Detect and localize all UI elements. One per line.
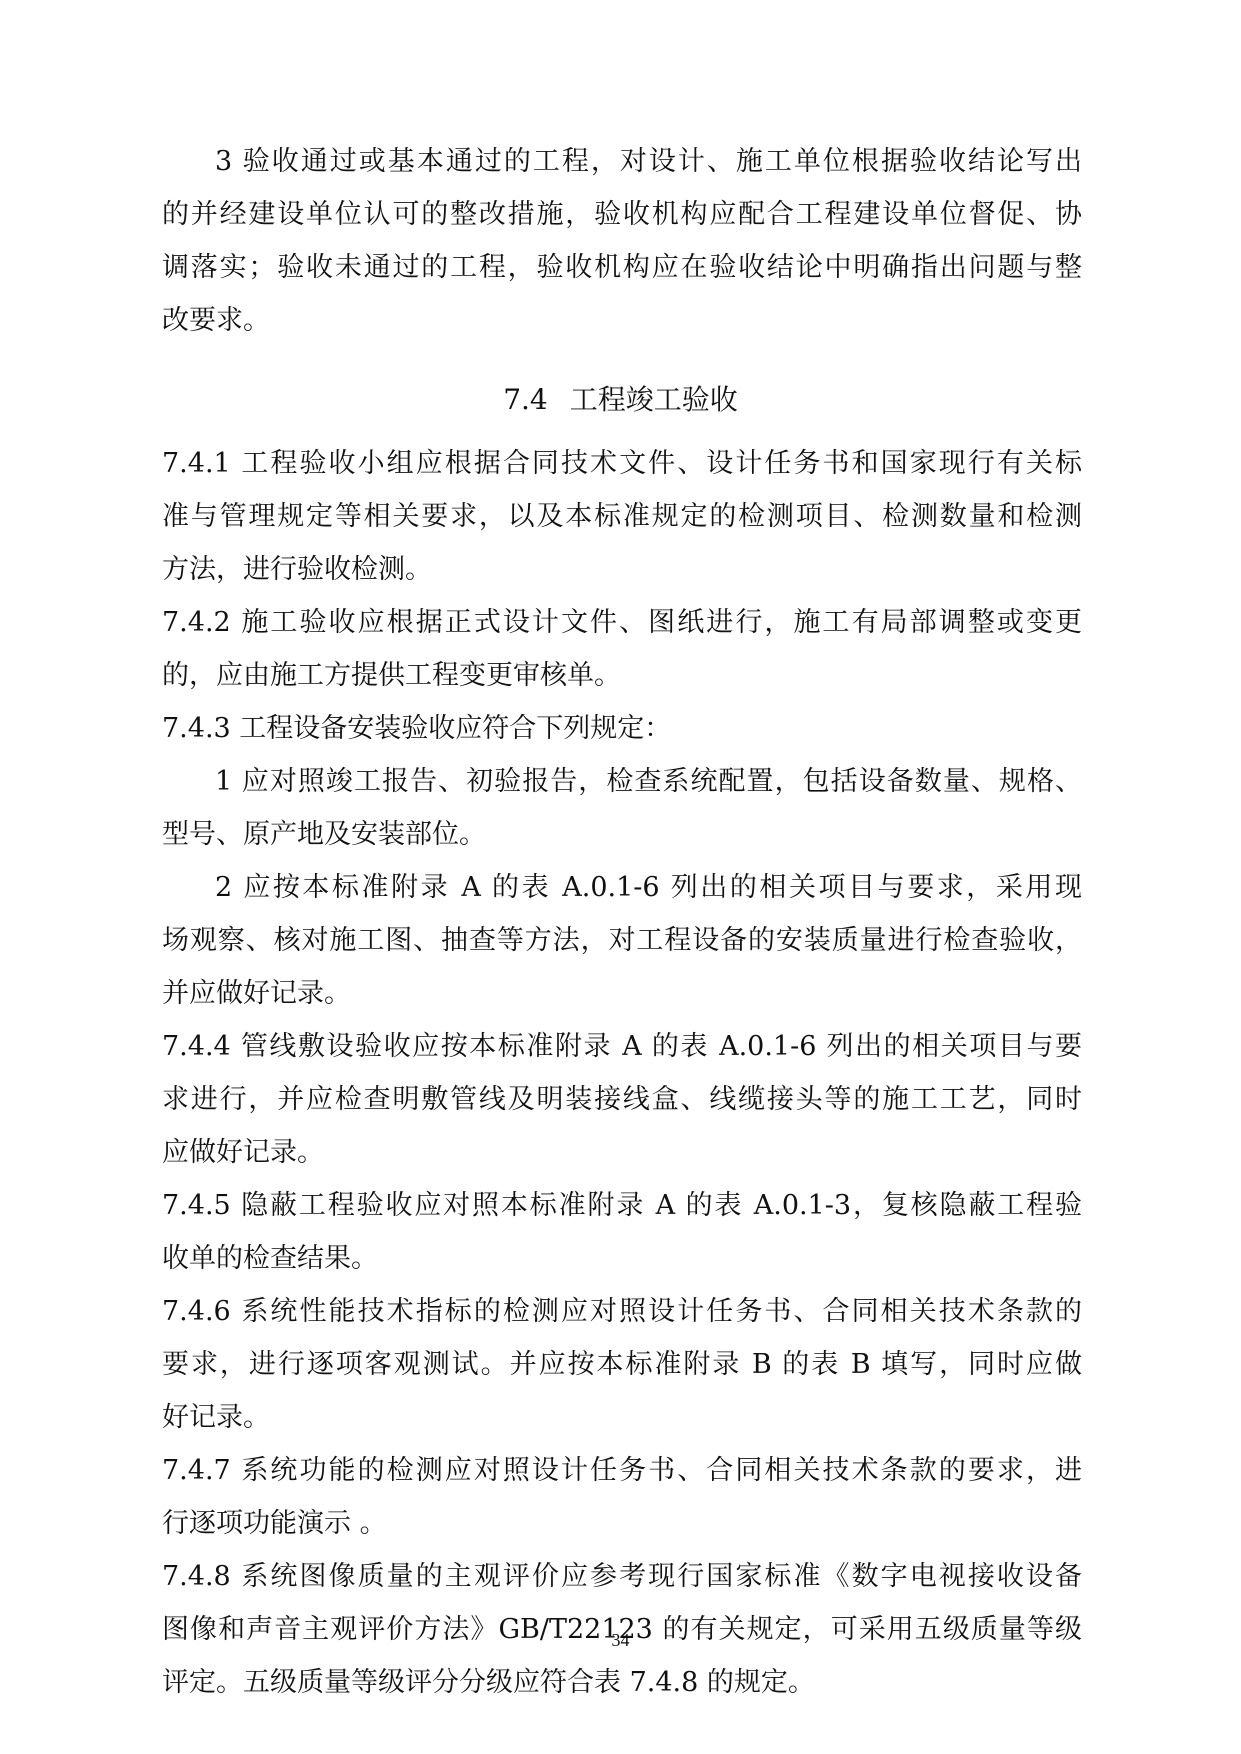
clause-7-4-4: 7.4.4 管线敷设验收应按本标准附录 A 的表 A.0.1-6 列出的相关项目…	[162, 1027, 1082, 1067]
paragraph-line: 的，应由施工方提供工程变更审核单。	[162, 656, 1082, 696]
paragraph-line: 3 验收通过或基本通过的工程，对设计、施工单位根据验收结论写出	[215, 142, 1082, 182]
paragraph-line: 场观察、核对施工图、抽查等方法，对工程设备的安装质量进行检查验收，	[162, 921, 1082, 961]
page-number: 34	[0, 1630, 1241, 1651]
item-2: 2 应按本标准附录 A 的表 A.0.1-6 列出的相关项目与要求，采用现	[215, 868, 1082, 908]
paragraph-line: 要求，进行逐项客观测试。并应按本标准附录 B 的表 B 填写，同时应做	[162, 1345, 1082, 1385]
paragraph-line: 并应做好记录。	[162, 974, 1082, 1014]
clause-7-4-1: 7.4.1 工程验收小组应根据合同技术文件、设计任务书和国家现行有关标	[162, 444, 1082, 484]
paragraph-line: 好记录。	[162, 1398, 1082, 1438]
paragraph-line: 方法，进行验收检测。	[162, 550, 1082, 590]
paragraph-line: 应做好记录。	[162, 1133, 1082, 1173]
paragraph-line: 评定。五级质量等级评分分级应符合表 7.4.8 的规定。	[162, 1663, 1082, 1703]
paragraph-line: 型号、原产地及安装部位。	[162, 815, 1082, 855]
paragraph-line: 改要求。	[162, 301, 1082, 341]
clause-7-4-7: 7.4.7 系统功能的检测应对照设计任务书、合同相关技术条款的要求，进	[162, 1451, 1082, 1491]
item-1: 1 应对照竣工报告、初验报告，检查系统配置，包括设备数量、规格、	[215, 762, 1082, 802]
paragraph-line: 的并经建设单位认可的整改措施，验收机构应配合工程建设单位督促、协	[162, 195, 1082, 235]
section-heading: 7.4工程竣工验收	[0, 380, 1241, 420]
clause-7-4-2: 7.4.2 施工验收应根据正式设计文件、图纸进行，施工有局部调整或变更	[162, 603, 1082, 643]
paragraph-line: 调落实；验收未通过的工程，验收机构应在验收结论中明确指出问题与整	[162, 248, 1082, 288]
paragraph-line: 行逐项功能演示 。	[162, 1504, 1082, 1544]
clause-7-4-3: 7.4.3 工程设备安装验收应符合下列规定：	[162, 709, 1082, 749]
paragraph-line: 准与管理规定等相关要求，以及本标准规定的检测项目、检测数量和检测	[162, 497, 1082, 537]
section-number: 7.4	[503, 383, 548, 416]
paragraph-line: 收单的检查结果。	[162, 1239, 1082, 1279]
section-title: 工程竣工验收	[570, 383, 738, 416]
clause-7-4-6: 7.4.6 系统性能技术指标的检测应对照设计任务书、合同相关技术条款的	[162, 1292, 1082, 1332]
clause-7-4-5: 7.4.5 隐蔽工程验收应对照本标准附录 A 的表 A.0.1-3，复核隐蔽工程…	[162, 1186, 1082, 1226]
paragraph-line: 求进行，并应检查明敷管线及明装接线盒、线缆接头等的施工工艺，同时	[162, 1080, 1082, 1120]
clause-7-4-8: 7.4.8 系统图像质量的主观评价应参考现行国家标准《数字电视接收设备	[162, 1557, 1082, 1597]
